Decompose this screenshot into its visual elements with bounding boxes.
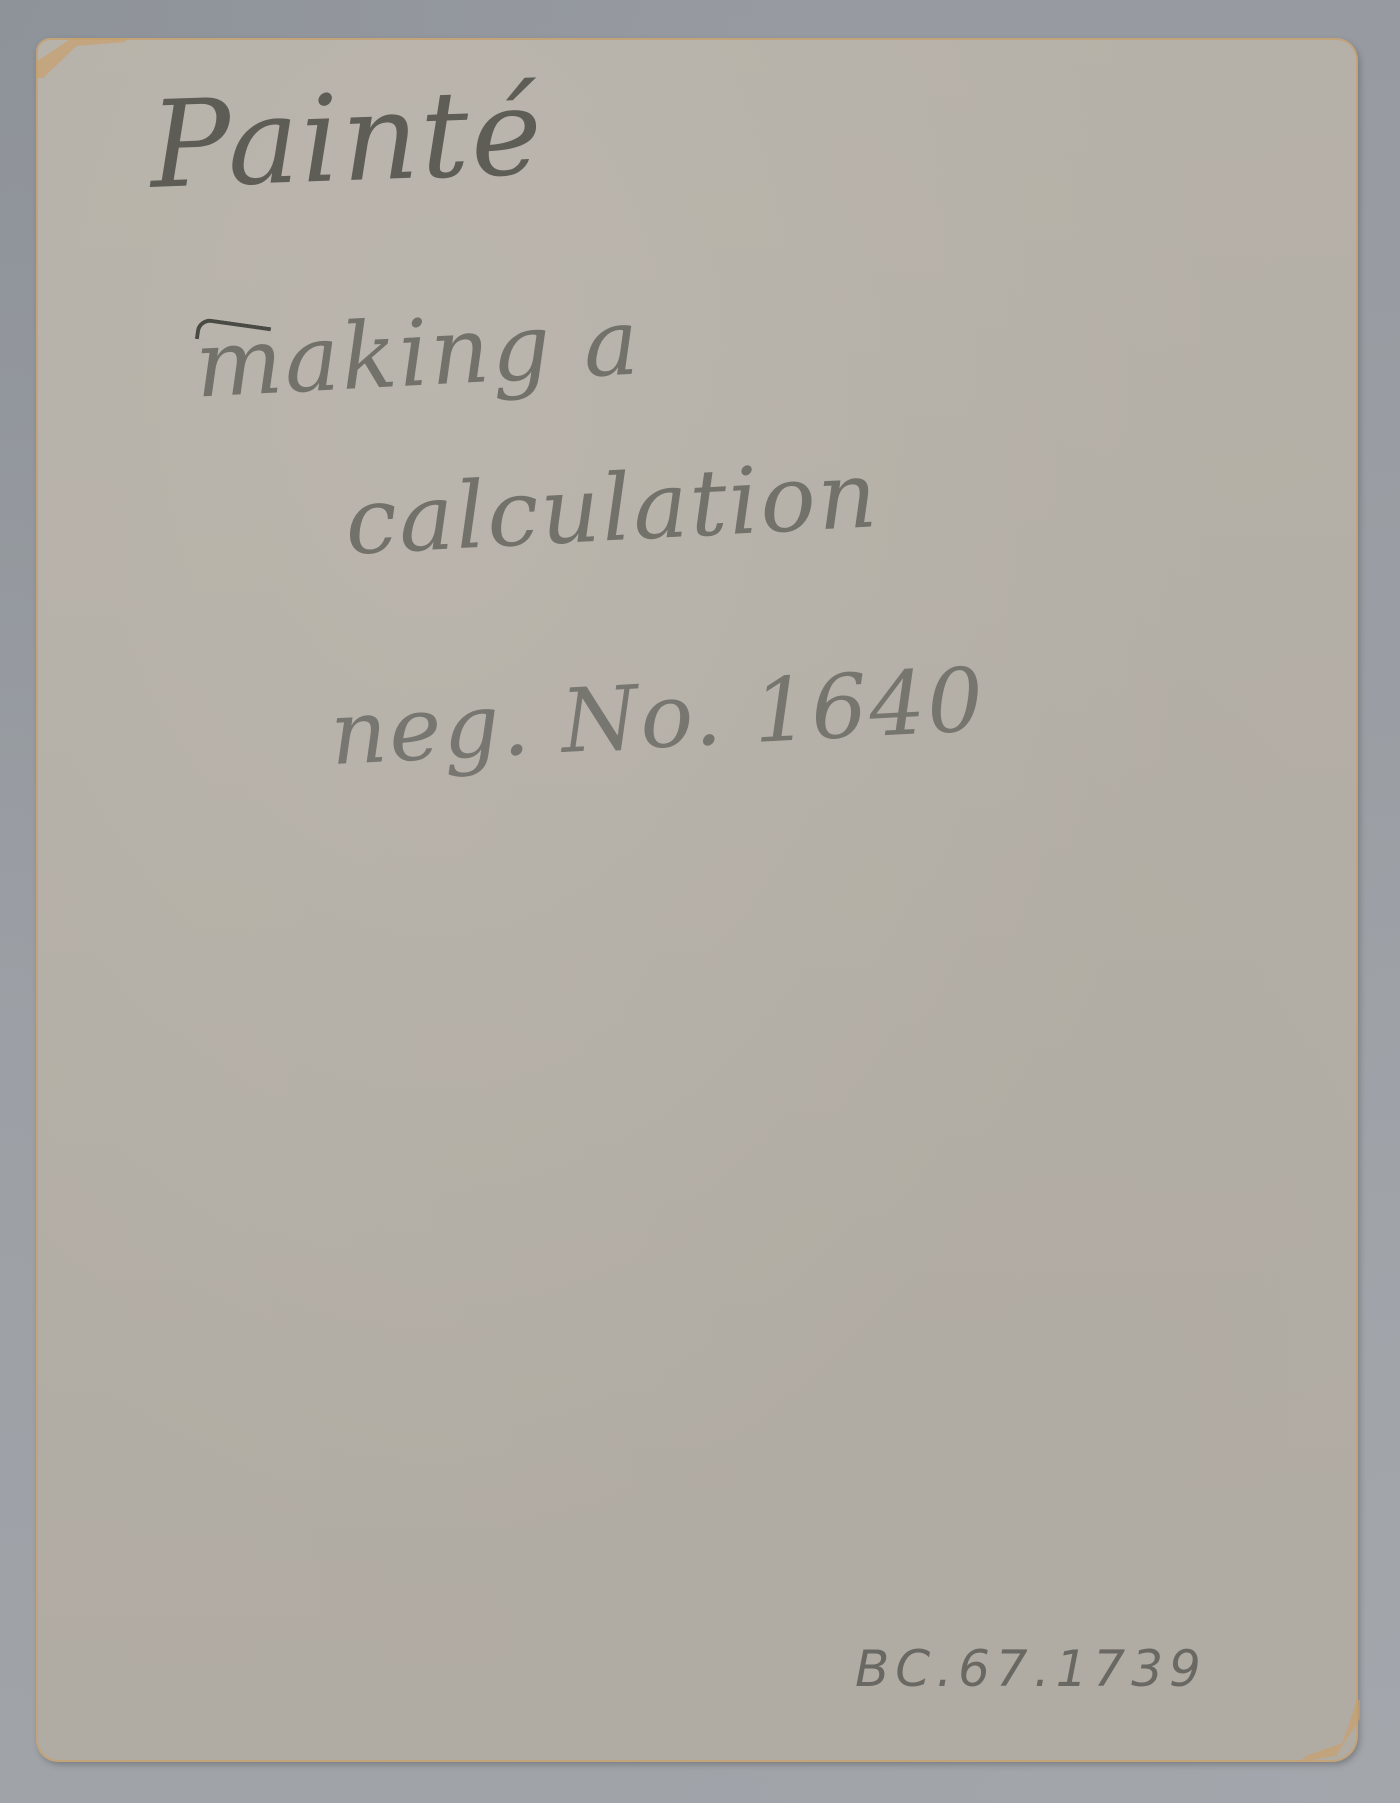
photo-card-back bbox=[36, 38, 1358, 1762]
catalog-number: BC.67.1739 bbox=[855, 1640, 1207, 1698]
handwritten-title: Painté bbox=[148, 63, 546, 216]
